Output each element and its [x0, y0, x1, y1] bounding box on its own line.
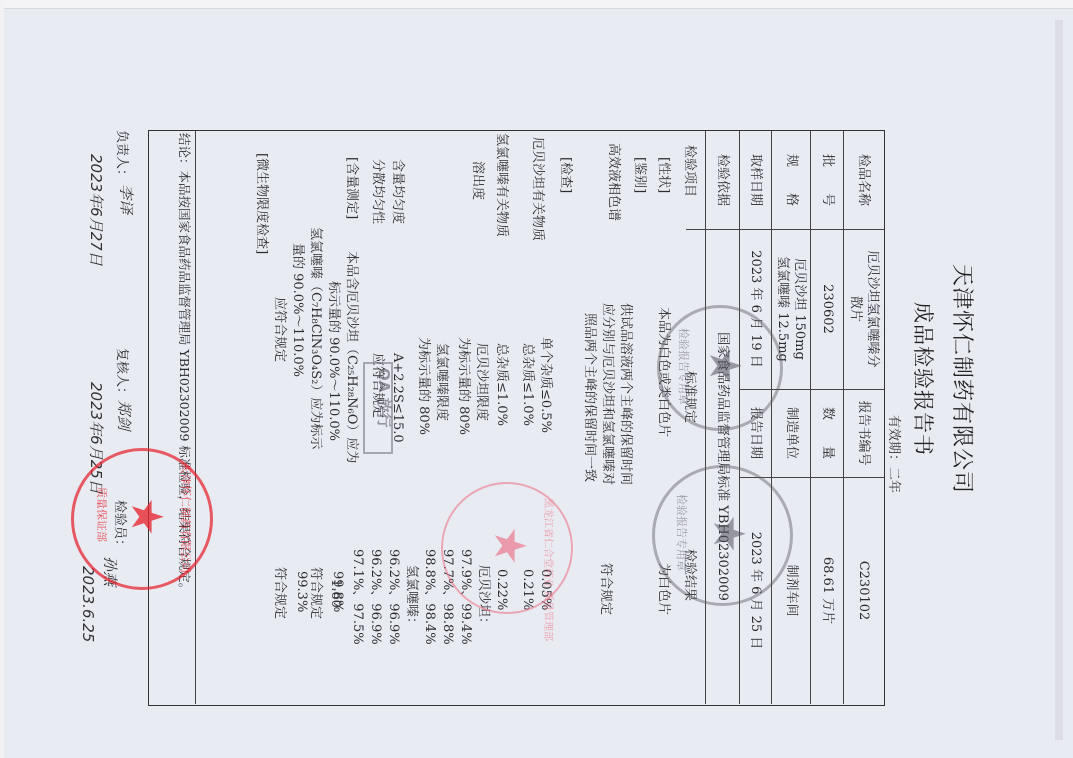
- spec-line-1: 厄贝沙坦 150mg: [792, 258, 809, 360]
- row-batch: 批 号 230602 数 量 68.61 万片: [810, 131, 844, 704]
- spec-line-2: 氢氯噻嗪 12.5mg: [775, 256, 792, 362]
- result-irb-rel-2: 0.21%: [519, 569, 536, 610]
- validity-period: 有效期：二年: [886, 415, 905, 493]
- responsible-date: 2023年6月27日: [86, 154, 107, 266]
- value-report-no: C230102: [844, 477, 884, 704]
- item-assay: [含量测定]: [343, 157, 360, 219]
- responsible-label: 负责人：: [114, 130, 133, 182]
- std-diss-1: 厄贝沙坦限度: [473, 343, 490, 421]
- inspector-signature: 孙燕: [100, 556, 121, 586]
- row-product-name: 检品名称 厄贝沙坦氢氯噻嗪分散片 报告书编号 C230102: [843, 131, 884, 704]
- std-hctz-rel: 总杂质≤1.0%: [493, 343, 510, 426]
- responsible-signature: 李译: [116, 184, 137, 214]
- value-batch: 230602: [811, 229, 844, 389]
- inspector-date: 2023.6.25: [79, 566, 97, 642]
- item-identification: [鉴别]: [631, 157, 648, 193]
- report-table: 检品名称 厄贝沙坦氢氯噻嗪分散片 报告书编号 C230102 批 号 23060…: [148, 130, 885, 706]
- value-basis: 国家食品药品监督管理局标准 YBH02302009: [706, 229, 740, 704]
- std-assay-2: 标示量的 90.0%～110.0%: [325, 281, 342, 441]
- std-microbial-limit: 应符合规定: [271, 297, 288, 362]
- label-batch: 批 号: [811, 131, 844, 229]
- item-microbial-limit: [微生物限度检查]: [253, 153, 270, 254]
- result-hctz-rel: 0.22%: [493, 569, 510, 610]
- result-diss-7: 96.2%、96.9%: [367, 549, 384, 645]
- result-diss-1: 厄贝沙坦：: [475, 565, 492, 630]
- value-product-name: 厄贝沙坦氢氯噻嗪分散片: [844, 229, 884, 389]
- std-hplc-3: 照品两个主峰的保留时间一致: [581, 313, 598, 482]
- item-content-uniformity: 含量均匀度: [389, 159, 406, 224]
- item-appearance: [性状]: [655, 157, 672, 193]
- row-dates: 取样日期 2023 年 6 月 19 日 报告日期 2023 年 6 月 25 …: [739, 131, 772, 704]
- value-manufacturer: 制剂车间: [772, 477, 811, 704]
- result-diss-4: 98.8%、98.4%: [421, 549, 438, 645]
- company-name: 天津怀仁制药有限公司: [948, 0, 979, 758]
- qa-release-stamp: QA 放行: [363, 362, 393, 454]
- std-irb-rel-1: 单个杂质≤0.5%: [537, 337, 554, 433]
- col-header-item: 检验项目: [681, 145, 698, 197]
- label-spec: 规 格: [772, 131, 811, 229]
- std-assay-3: 氢氯噻嗪（C₇H₈ClN₃O₄S₂）应为标示: [307, 227, 324, 449]
- reviewer-label: 复核人：: [114, 348, 133, 400]
- items-section: 检验项目 标准规定 检验结果 [性状] 本品为白色或类白色片 为白色片 [鉴别]…: [196, 131, 706, 704]
- std-diss-3: 氢氯噻嗪限度: [433, 343, 450, 421]
- result-microbial-limit: 符合规定: [271, 567, 288, 619]
- inspection-report-page: 天津怀仁制药有限公司 成品检验报告书 有效期：二年 检品名称 厄贝沙坦氢氯噻嗪分…: [0, 0, 1073, 758]
- inspector-label: 检验员：: [112, 500, 131, 552]
- row-basis: 检验依据 国家食品药品监督管理局标准 YBH02302009: [705, 131, 740, 704]
- item-hctz-related: 氢氯噻嗪有关物质: [493, 133, 510, 237]
- label-manufacturer: 制造单位: [772, 389, 811, 477]
- label-report-date: 报告日期: [740, 389, 772, 477]
- std-irb-rel-2: 总杂质≤1.0%: [519, 343, 536, 426]
- std-diss-4: 为标示量的 80%: [415, 337, 432, 435]
- label-report-no: 报告书编号: [844, 389, 884, 477]
- result-diss-5: 氢氯噻嗪：: [403, 565, 420, 630]
- report-title: 成品检验报告书: [909, 0, 939, 758]
- row-spec: 规 格 厄贝沙坦 150mg 氢氯噻嗪 12.5mg 制造单位 制剂车间: [771, 131, 811, 704]
- value-spec: 厄贝沙坦 150mg 氢氯噻嗪 12.5mg: [772, 229, 811, 389]
- label-sampling-date: 取样日期: [740, 131, 772, 229]
- item-hplc: 高效液相色谱: [605, 143, 622, 221]
- result-diss-6: 96.2%、96.9%: [385, 549, 402, 645]
- item-dispersion-uniformity: 分散均匀性: [369, 159, 386, 224]
- col-header-result: 检验结果: [681, 549, 698, 601]
- result-diss-2: 97.9%、99.4%: [457, 549, 474, 645]
- label-product-name: 检品名称: [844, 131, 884, 229]
- result-appearance: 为白色片: [655, 563, 672, 615]
- std-diss-2: 为标示量的 80%: [455, 337, 472, 435]
- conclusion-row: 结论：本品按国家食品药品监督管理局 YBH02302009 标准检验，结果符合规…: [172, 131, 194, 704]
- reviewer-date: 2023年6月25日: [86, 382, 107, 494]
- result-assay-1: 99.8%: [329, 571, 346, 612]
- label-quantity: 数 量: [811, 389, 844, 477]
- reviewer-signature: 郑剑: [114, 400, 135, 430]
- std-assay-1: 本品含厄贝沙坦（C₂₅H₂₈N₆O）应为: [343, 251, 360, 463]
- item-tests: [检查]: [557, 157, 574, 193]
- result-diss-8: 97.1%、97.5%: [349, 549, 366, 645]
- col-header-standard: 标准规定: [681, 371, 698, 423]
- item-irbesartan-related: 厄贝沙坦有关物质: [529, 137, 546, 241]
- value-sampling-date: 2023 年 6 月 19 日: [740, 229, 772, 389]
- result-hplc: 符合规定: [597, 563, 614, 615]
- std-appearance: 本品为白色或类白色片: [655, 307, 672, 437]
- result-diss-3: 97.7%、98.8%: [439, 549, 456, 645]
- value-quantity: 68.61 万片: [811, 477, 844, 704]
- result-assay-2: 99.3%: [293, 571, 310, 612]
- item-dissolution: 溶出度: [469, 161, 486, 200]
- label-basis: 检验依据: [706, 131, 740, 229]
- value-report-date: 2023 年 6 月 25 日: [740, 477, 772, 704]
- result-irb-rel-1: 0.05%: [537, 569, 554, 610]
- std-assay-4: 量的 90.0%～110.0%: [289, 243, 306, 377]
- std-hplc-2: 应分别与厄贝沙坦和氢氯噻嗪对: [599, 303, 616, 485]
- std-hplc-1: 供试品溶液两个主峰的保留时间: [617, 303, 634, 485]
- conclusion-text: 结论：本品按国家食品药品监督管理局 YBH02302009 标准检验，结果符合规…: [176, 131, 194, 595]
